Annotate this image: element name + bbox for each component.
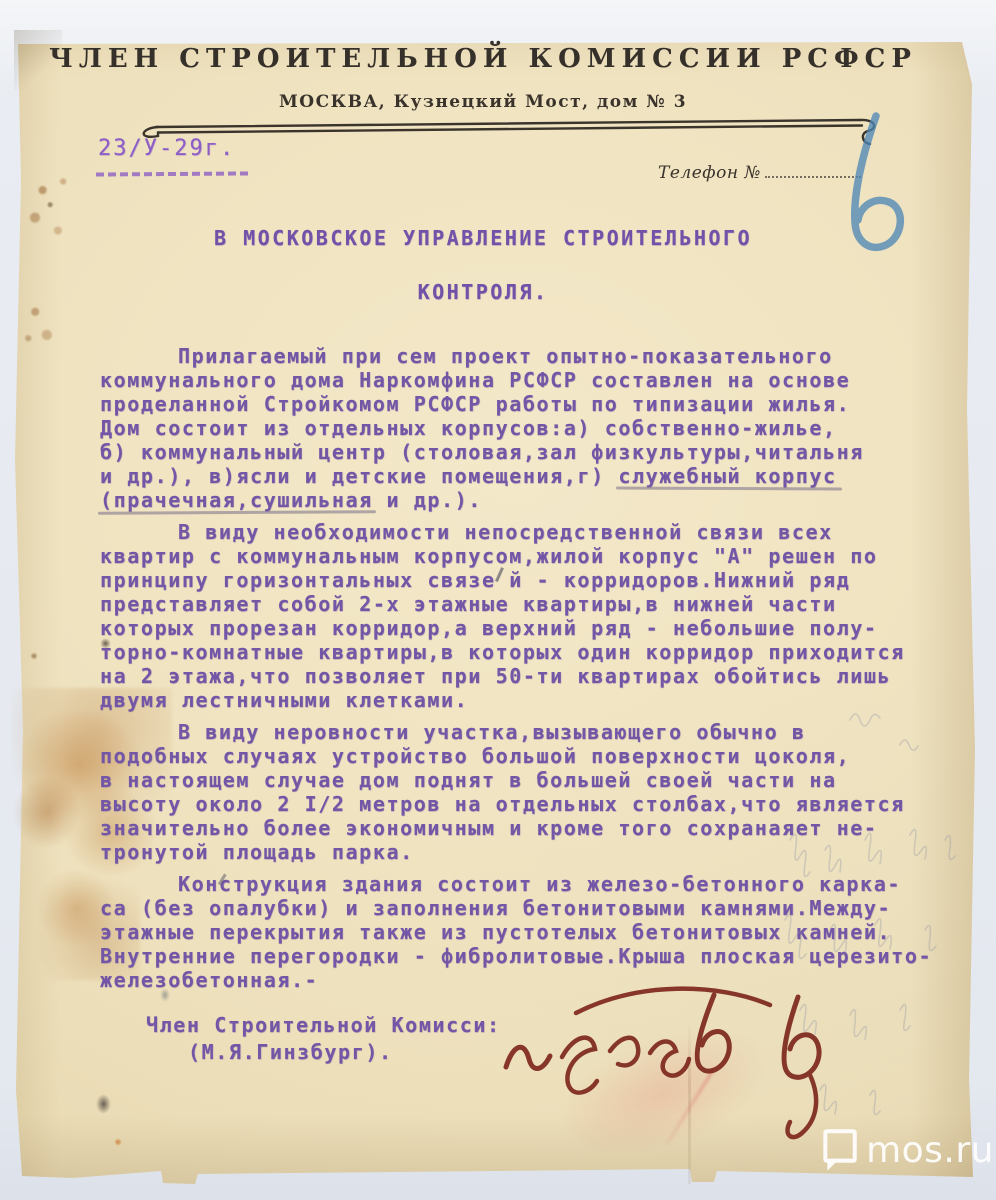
signoff-name: (М.Я.Гинзбург). (146, 1039, 501, 1066)
perforated-top-edge (12, 29, 978, 38)
body-line: коммунального дома Наркомфина РСФСР сост… (100, 368, 930, 392)
body-line: представляет собой 2-х этажные квартиры,… (100, 592, 930, 616)
body-line: принципу горизонтальных связе й - коррид… (100, 568, 930, 592)
paragraph: Конструкция здания состоит из железо-бет… (100, 872, 930, 992)
letter-body: Прилагаемый при сем проект опытно-показа… (100, 344, 930, 1000)
body-line: (прачечная,сушильная и др.). (100, 488, 930, 512)
recipient-line-1: В МОСКОВСКОЕ УПРАВЛЕНИЕ СТРОИТЕЛЬНОГО (110, 226, 856, 250)
letterhead-title: ЧЛЕН СТРОИТЕЛЬНОЙ КОМИССИИ РСФСР (0, 44, 966, 74)
body-line: В виду необходимости непосредственной св… (100, 520, 930, 544)
body-line: этажные перекрытия также из пустотелых б… (100, 920, 930, 944)
body-line: которых прорезан корридор,а верхний ряд … (100, 616, 930, 640)
body-line: в настоящем случае дом поднят в большей … (100, 768, 930, 792)
body-line: и др.), в)ясли и детские помещения,г) сл… (100, 464, 930, 488)
recipient-line-2: КОНТРОЛЯ. (110, 280, 856, 304)
mosru-watermark: mos.ru (822, 1114, 994, 1186)
phone-line: Телефон № (658, 162, 861, 183)
signature-block: Член Строительной Комисси: (М.Я.Гинзбург… (146, 1012, 501, 1066)
body-line: квартир с коммунальным корпусом,жилой ко… (100, 544, 930, 568)
body-line: Внутренние перегородки - фибролитовые.Кр… (100, 944, 930, 968)
body-line: Прилагаемый при сем проект опытно-показа… (100, 344, 930, 368)
body-line: на 2 этажа,что позволяет при 50-ти кварт… (100, 664, 930, 688)
body-line: двумя лестничными клетками. (100, 688, 930, 712)
paragraph: В виду необходимости непосредственной св… (100, 520, 930, 712)
body-line: проделанной Стройкомом РСФСР работы по т… (100, 392, 930, 416)
phone-label: Телефон № (658, 163, 761, 183)
letterhead-address: МОСКВА, Кузнецкий Мост, дом № 3 (0, 92, 966, 112)
body-line: тронутой площадь парка. (100, 840, 930, 864)
watermark-label: mos.ru (866, 1130, 994, 1171)
signoff-title: Член Строительной Комисси: (146, 1012, 501, 1039)
speech-bubble-icon (822, 1117, 858, 1183)
body-line: высоту около 2 I/2 метров на отдельных с… (100, 792, 930, 816)
body-line: б) коммунальный центр (столовая,зал физк… (100, 440, 930, 464)
body-line: Дом состоит из отдельных корпусов:а) соб… (100, 416, 930, 440)
body-line: В виду неровности участка,вызывающего об… (100, 720, 930, 744)
body-line: са (без опалубки) и заполнения бетонитов… (100, 896, 930, 920)
scanned-letter: ЧЛЕН СТРОИТЕЛЬНОЙ КОМИССИИ РСФСР МОСКВА,… (0, 0, 996, 1200)
date-stamp: 23/У-29г. (98, 136, 235, 161)
body-line: значительно более экономичным и кроме то… (100, 816, 930, 840)
paragraph: В виду неровности участка,вызывающего об… (100, 720, 930, 864)
body-line: торно-комнатные квартиры,в которых один … (100, 640, 930, 664)
body-line: подобных случаях устройство большой пове… (100, 744, 930, 768)
